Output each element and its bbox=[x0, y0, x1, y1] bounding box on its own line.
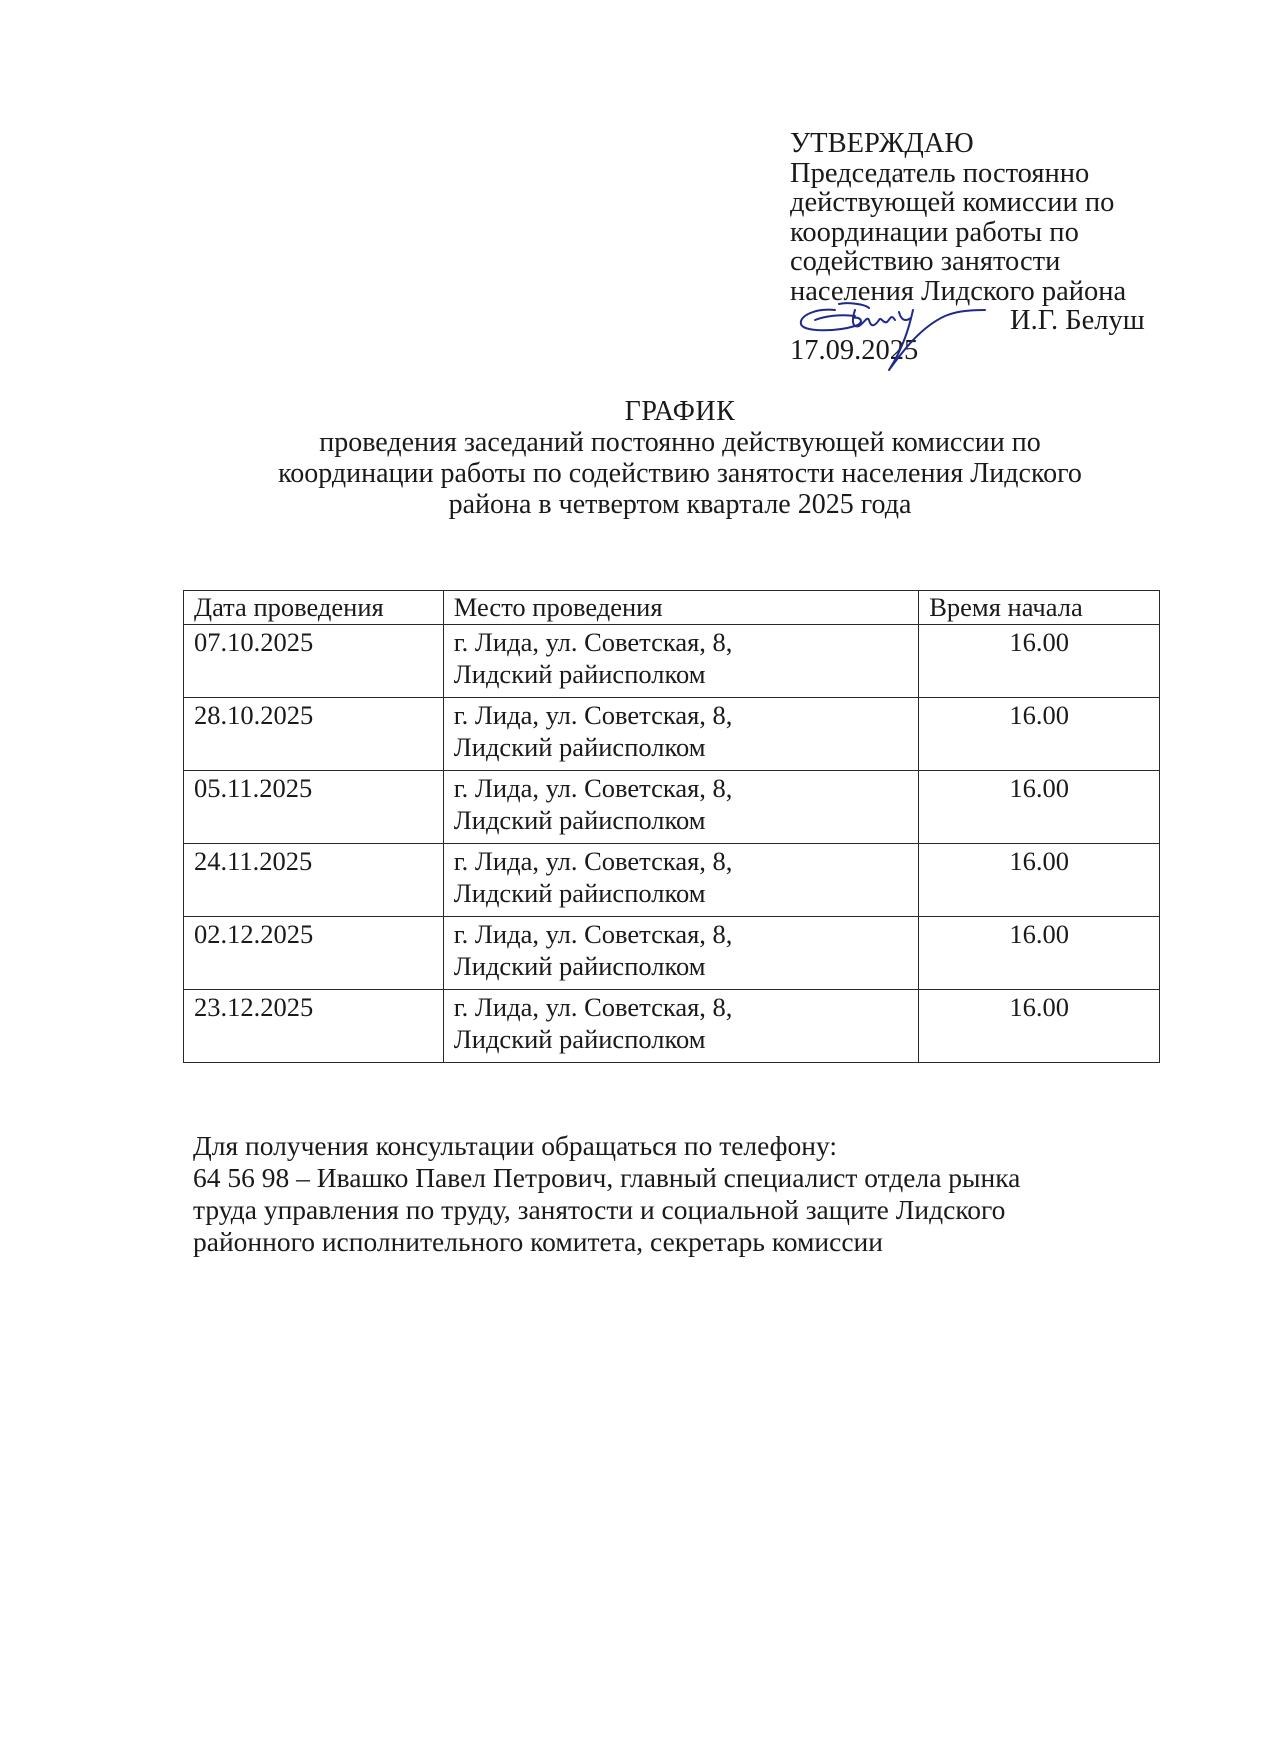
document-title: ГРАФИК bbox=[200, 396, 1160, 427]
contact-line: районного исполнительного комитета, секр… bbox=[193, 1226, 1163, 1258]
cell-place-organization: Лидский райисполком bbox=[454, 804, 918, 836]
cell-place: г. Лида, ул. Советская, 8,Лидский райисп… bbox=[443, 698, 918, 771]
cell-date: 05.11.2025 bbox=[184, 771, 444, 844]
cell-place-address: г. Лида, ул. Советская, 8, bbox=[454, 699, 918, 731]
cell-time: 16.00 bbox=[919, 771, 1160, 844]
document-title-block: ГРАФИК проведения заседаний постоянно де… bbox=[200, 396, 1160, 520]
cell-date: 23.12.2025 bbox=[184, 990, 444, 1063]
cell-place: г. Лида, ул. Советская, 8,Лидский райисп… bbox=[443, 625, 918, 698]
approval-position-line: содействию занятости bbox=[790, 247, 1126, 277]
column-header-place: Место проведения bbox=[443, 591, 918, 625]
cell-date: 07.10.2025 bbox=[184, 625, 444, 698]
cell-time: 16.00 bbox=[919, 917, 1160, 990]
column-header-time: Время начала bbox=[919, 591, 1160, 625]
approval-position-line: действующей комиссии по bbox=[790, 188, 1126, 218]
cell-place-address: г. Лида, ул. Советская, 8, bbox=[454, 845, 918, 877]
approval-position-line: Председатель постоянно bbox=[790, 159, 1126, 189]
approval-position-line: координации работы по bbox=[790, 218, 1126, 248]
cell-place-organization: Лидский райисполком bbox=[454, 950, 918, 982]
cell-place-address: г. Лида, ул. Советская, 8, bbox=[454, 772, 918, 804]
cell-place-address: г. Лида, ул. Советская, 8, bbox=[454, 918, 918, 950]
cell-time: 16.00 bbox=[919, 990, 1160, 1063]
table-row: 23.12.2025г. Лида, ул. Советская, 8,Лидс… bbox=[184, 990, 1160, 1063]
table-row: 28.10.2025г. Лида, ул. Советская, 8,Лидс… bbox=[184, 698, 1160, 771]
document-subtitle-line: координации работы по содействию занятос… bbox=[200, 458, 1160, 489]
cell-place-address: г. Лида, ул. Советская, 8, bbox=[454, 626, 918, 658]
cell-time: 16.00 bbox=[919, 625, 1160, 698]
cell-place-organization: Лидский райисполком bbox=[454, 1023, 918, 1055]
cell-place: г. Лида, ул. Советская, 8,Лидский райисп… bbox=[443, 771, 918, 844]
cell-place-organization: Лидский райисполком bbox=[454, 877, 918, 909]
cell-time: 16.00 bbox=[919, 698, 1160, 771]
cell-place-organization: Лидский райисполком bbox=[454, 731, 918, 763]
approval-heading: УТВЕРЖДАЮ bbox=[790, 129, 1126, 159]
cell-time: 16.00 bbox=[919, 844, 1160, 917]
cell-date: 28.10.2025 bbox=[184, 698, 444, 771]
signatory-name: И.Г. Белуш bbox=[1010, 306, 1145, 336]
cell-place-organization: Лидский райисполком bbox=[454, 658, 918, 690]
document-subtitle-line: проведения заседаний постоянно действующ… bbox=[200, 427, 1160, 458]
cell-place: г. Лида, ул. Советская, 8,Лидский райисп… bbox=[443, 917, 918, 990]
cell-place-address: г. Лида, ул. Советская, 8, bbox=[454, 991, 918, 1023]
cell-date: 02.12.2025 bbox=[184, 917, 444, 990]
schedule-table: Дата проведения Место проведения Время н… bbox=[183, 590, 1160, 1063]
table-header-row: Дата проведения Место проведения Время н… bbox=[184, 591, 1160, 625]
contact-line: Для получения консультации обращаться по… bbox=[193, 1130, 1163, 1162]
column-header-date: Дата проведения bbox=[184, 591, 444, 625]
cell-place: г. Лида, ул. Советская, 8,Лидский райисп… bbox=[443, 990, 918, 1063]
document-subtitle-line: района в четвертом квартале 2025 года bbox=[200, 489, 1160, 520]
table-row: 24.11.2025г. Лида, ул. Советская, 8,Лидс… bbox=[184, 844, 1160, 917]
table-row: 02.12.2025г. Лида, ул. Советская, 8,Лидс… bbox=[184, 917, 1160, 990]
signature-icon bbox=[795, 298, 995, 380]
contact-line: 64 56 98 – Ивашко Павел Петрович, главны… bbox=[193, 1162, 1163, 1194]
contact-info: Для получения консультации обращаться по… bbox=[193, 1130, 1163, 1258]
cell-date: 24.11.2025 bbox=[184, 844, 444, 917]
table-row: 07.10.2025г. Лида, ул. Советская, 8,Лидс… bbox=[184, 625, 1160, 698]
table-row: 05.11.2025г. Лида, ул. Советская, 8,Лидс… bbox=[184, 771, 1160, 844]
contact-line: труда управления по труду, занятости и с… bbox=[193, 1194, 1163, 1226]
cell-place: г. Лида, ул. Советская, 8,Лидский райисп… bbox=[443, 844, 918, 917]
